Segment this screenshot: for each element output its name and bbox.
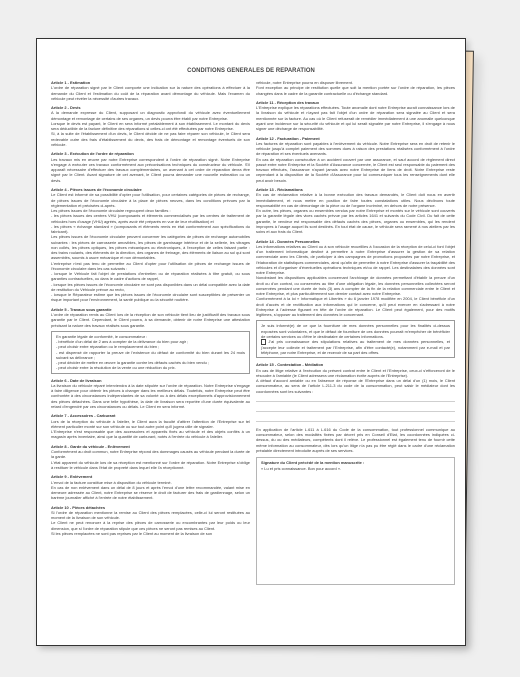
article-paragraph: Font exception au principe de restitutio… <box>256 85 455 96</box>
article-paragraph: - lorsque le Véhicule fait l'objet de pr… <box>51 271 250 282</box>
article-section: Article 5 - Travaux sous garantieL'ordre… <box>51 307 250 374</box>
article-paragraph: L'ordre de réparation remis au Client lo… <box>51 312 250 328</box>
article-paragraph: A défaut d'accord amiable ou en l'absenc… <box>256 378 455 394</box>
legal-guarantee-box: En garantie légale de conformité, le con… <box>51 331 250 374</box>
article-section: Article 6 - Date de livraisonLa livraiso… <box>51 378 250 410</box>
article-paragraph: L'Entreprise explique les réparations ef… <box>256 105 455 131</box>
article-paragraph: L'état apparent du véhicule lors de sa r… <box>51 460 250 471</box>
mediator-blank-line[interactable] <box>256 414 455 422</box>
article-section: Article 3 - Exécution de l'ordre de répa… <box>51 151 250 183</box>
article-paragraph: L'Entreprise n'est responsable que des a… <box>51 429 250 440</box>
article-paragraph: A la demande expresse du Client, supposa… <box>51 110 250 121</box>
article-paragraph: - lorsque le Réparateur estime que les p… <box>51 292 250 303</box>
right-column: véhicule, notre Entreprise pourra en dis… <box>256 80 455 585</box>
article-section: Article 9 - EnlèvementL'envoi de la fact… <box>51 474 250 500</box>
article-paragraph: Lors de la réception du véhicule à l'ate… <box>51 419 250 430</box>
consent-box: Je suis informé(e) de ce que la fournitu… <box>256 320 455 358</box>
article-paragraph: En cas de réclamation relative à la bonn… <box>256 192 455 208</box>
left-column: Article 1 - EstimationL'ordre de réparat… <box>51 80 250 540</box>
consent-checkbox-line: J'ai pris connaissance des stipulations … <box>261 339 450 355</box>
guarantee-line: - peut choisir entre la résolution de la… <box>56 365 245 370</box>
consent-intro: Je suis informé(e) de ce que la fournitu… <box>261 323 450 339</box>
mediator-blank-line[interactable] <box>256 404 455 412</box>
article-section: Article 12 - Facturation - PaiementLes f… <box>256 136 455 183</box>
mediator-blank-line[interactable] <box>256 394 455 402</box>
mediation-notice: En application de l'article L.611 à L.61… <box>256 427 455 453</box>
article-paragraph: Conformément à la loi « Informatique et … <box>256 296 455 317</box>
article-paragraph: L'entreprise n'est pas tenu de permettre… <box>51 261 250 272</box>
article-paragraph: - les pièces issues des centres VHU (com… <box>51 213 250 224</box>
document-title: CONDITIONS GENERALES DE REPARATION <box>54 67 448 74</box>
article-paragraph: Le Client ne peut renoncer à la reprise … <box>51 520 250 531</box>
article-paragraph: Si, à la suite de l'établissement d'un d… <box>51 131 250 147</box>
article-paragraph: - les pièces « échange standard » (compo… <box>51 224 250 235</box>
guarantee-line: - est dispensé de rapporter la preuve de… <box>56 350 245 361</box>
article-paragraph: La livraison du véhicule réparé intervie… <box>51 383 250 409</box>
article-paragraph: Le Client est informé de sa possibilité … <box>51 192 250 208</box>
article-paragraph: Lorsque le devis est payant, le Client e… <box>51 121 250 132</box>
consent-checkbox-label: J'ai pris connaissance des stipulations … <box>261 339 450 355</box>
article-paragraph: En cas de non enlèvement dans un délai d… <box>51 485 250 501</box>
article-paragraph: - lorsque les pièces issues de l'économi… <box>51 282 250 293</box>
article-paragraph: Si l'ordre de réparation mentionne la re… <box>51 510 250 521</box>
article-paragraph: Les informations relatives au Client ou … <box>256 244 455 276</box>
article-paragraph: Les travaux mis en œuvre par notre Entre… <box>51 157 250 183</box>
article-section: Article 1 - EstimationL'ordre de réparat… <box>51 80 250 101</box>
article-paragraph: L'ordre de réparation signé par le Clien… <box>51 85 250 101</box>
article-section: Article 8 - Garde du véhicule - Enlèveme… <box>51 444 250 470</box>
article-paragraph: Les factures de réparation sont payables… <box>256 141 455 157</box>
article-paragraph: En outre, les pièces, organes ou ensembl… <box>256 208 455 234</box>
article-paragraph: Conformément au droit commun, notre Entr… <box>51 449 250 460</box>
article-section: véhicule, notre Entreprise pourra en dis… <box>256 80 455 96</box>
article-section: Article 11 - Réception des travauxL'Entr… <box>256 100 455 132</box>
article-section: Article 4 - Pièces issues de l'économie … <box>51 187 250 303</box>
article-section: Article 10 - Pièces détachéesSi l'ordre … <box>51 505 250 537</box>
article-section: Article 7 - Accessoires - CarburantLors … <box>51 413 250 439</box>
document-page: CONDITIONS GENERALES DE REPARATION Artic… <box>36 38 466 646</box>
signature-mention: « Lu et pris connaissance. Bon pour acco… <box>261 466 450 471</box>
article-paragraph: Les pièces issues de l'économie circulai… <box>51 234 250 260</box>
article-paragraph: Si les pièces remplacées ne sont pas rep… <box>51 531 250 536</box>
article-section: Article 15 - Contestation - MédiationEn … <box>256 362 455 453</box>
article-section: Article 13 - RéclamationsEn cas de récla… <box>256 187 455 234</box>
article-paragraph: En cas de litige relative à l'exécution … <box>256 368 455 379</box>
signature-box[interactable]: Signature du Client précédé de la mentio… <box>256 457 455 585</box>
article-section: Article 2 - DevisA la demande expresse d… <box>51 105 250 147</box>
article-section: Article 14 - Données PersonnellesLes inf… <box>256 239 455 359</box>
article-paragraph: En cas de réparation consécutive à un ac… <box>256 157 455 183</box>
article-paragraph: Nonobstant les dispositions applicables … <box>256 275 455 296</box>
